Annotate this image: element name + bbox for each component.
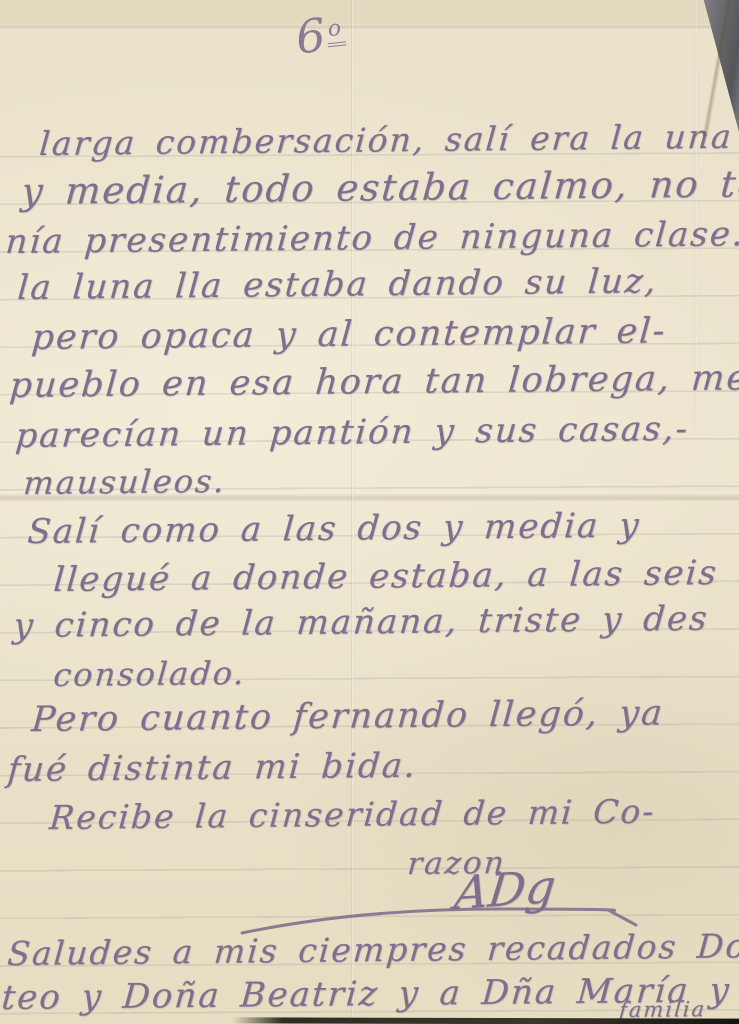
letter-line: y media, todo estaba calmo, no te xyxy=(20,162,739,213)
letter-line: la luna lla estaba dando su luz, xyxy=(16,261,659,308)
page-number-ordinal: o xyxy=(325,16,345,48)
letter-line: parecían un pantión y sus casas,- xyxy=(14,409,691,456)
letter-line: pueblo en esa hora tan lobrega, me xyxy=(8,358,739,406)
page-number-digit: 6 xyxy=(293,8,328,65)
letter-line: consolado. xyxy=(52,654,247,694)
letter-line: nía presentimiento de ninguna clase. xyxy=(4,214,739,262)
letter-line: Salí como a las dos y media y xyxy=(26,506,642,552)
letter-line: y cinco de la mañana, triste y des xyxy=(12,599,710,646)
letter-line: mausuleos. xyxy=(22,462,227,502)
page-number: 6o xyxy=(294,10,347,61)
signature-monogram: ADg xyxy=(452,859,558,920)
letter-line: pero opaca y al contemplar el- xyxy=(30,311,668,358)
postscript-line: Saludes a mis ciempres recadados Don Ma- xyxy=(6,925,739,973)
letter-line: llegué a donde estaba, a las seis xyxy=(52,553,720,600)
letter-line: Pero cuanto fernando llegó, ya xyxy=(30,693,665,740)
letter-photo: 6o larga combersación, salí era la una y… xyxy=(0,0,739,1024)
letter-line: fué distinta mi bida. xyxy=(6,746,419,790)
paper-bottom-edge xyxy=(232,1017,739,1024)
letter-line: larga combersación, salí era la una xyxy=(38,117,734,163)
fold-crease-top xyxy=(0,24,739,30)
letter-line: Recibe la cinseridad de mi Co- xyxy=(48,792,657,837)
